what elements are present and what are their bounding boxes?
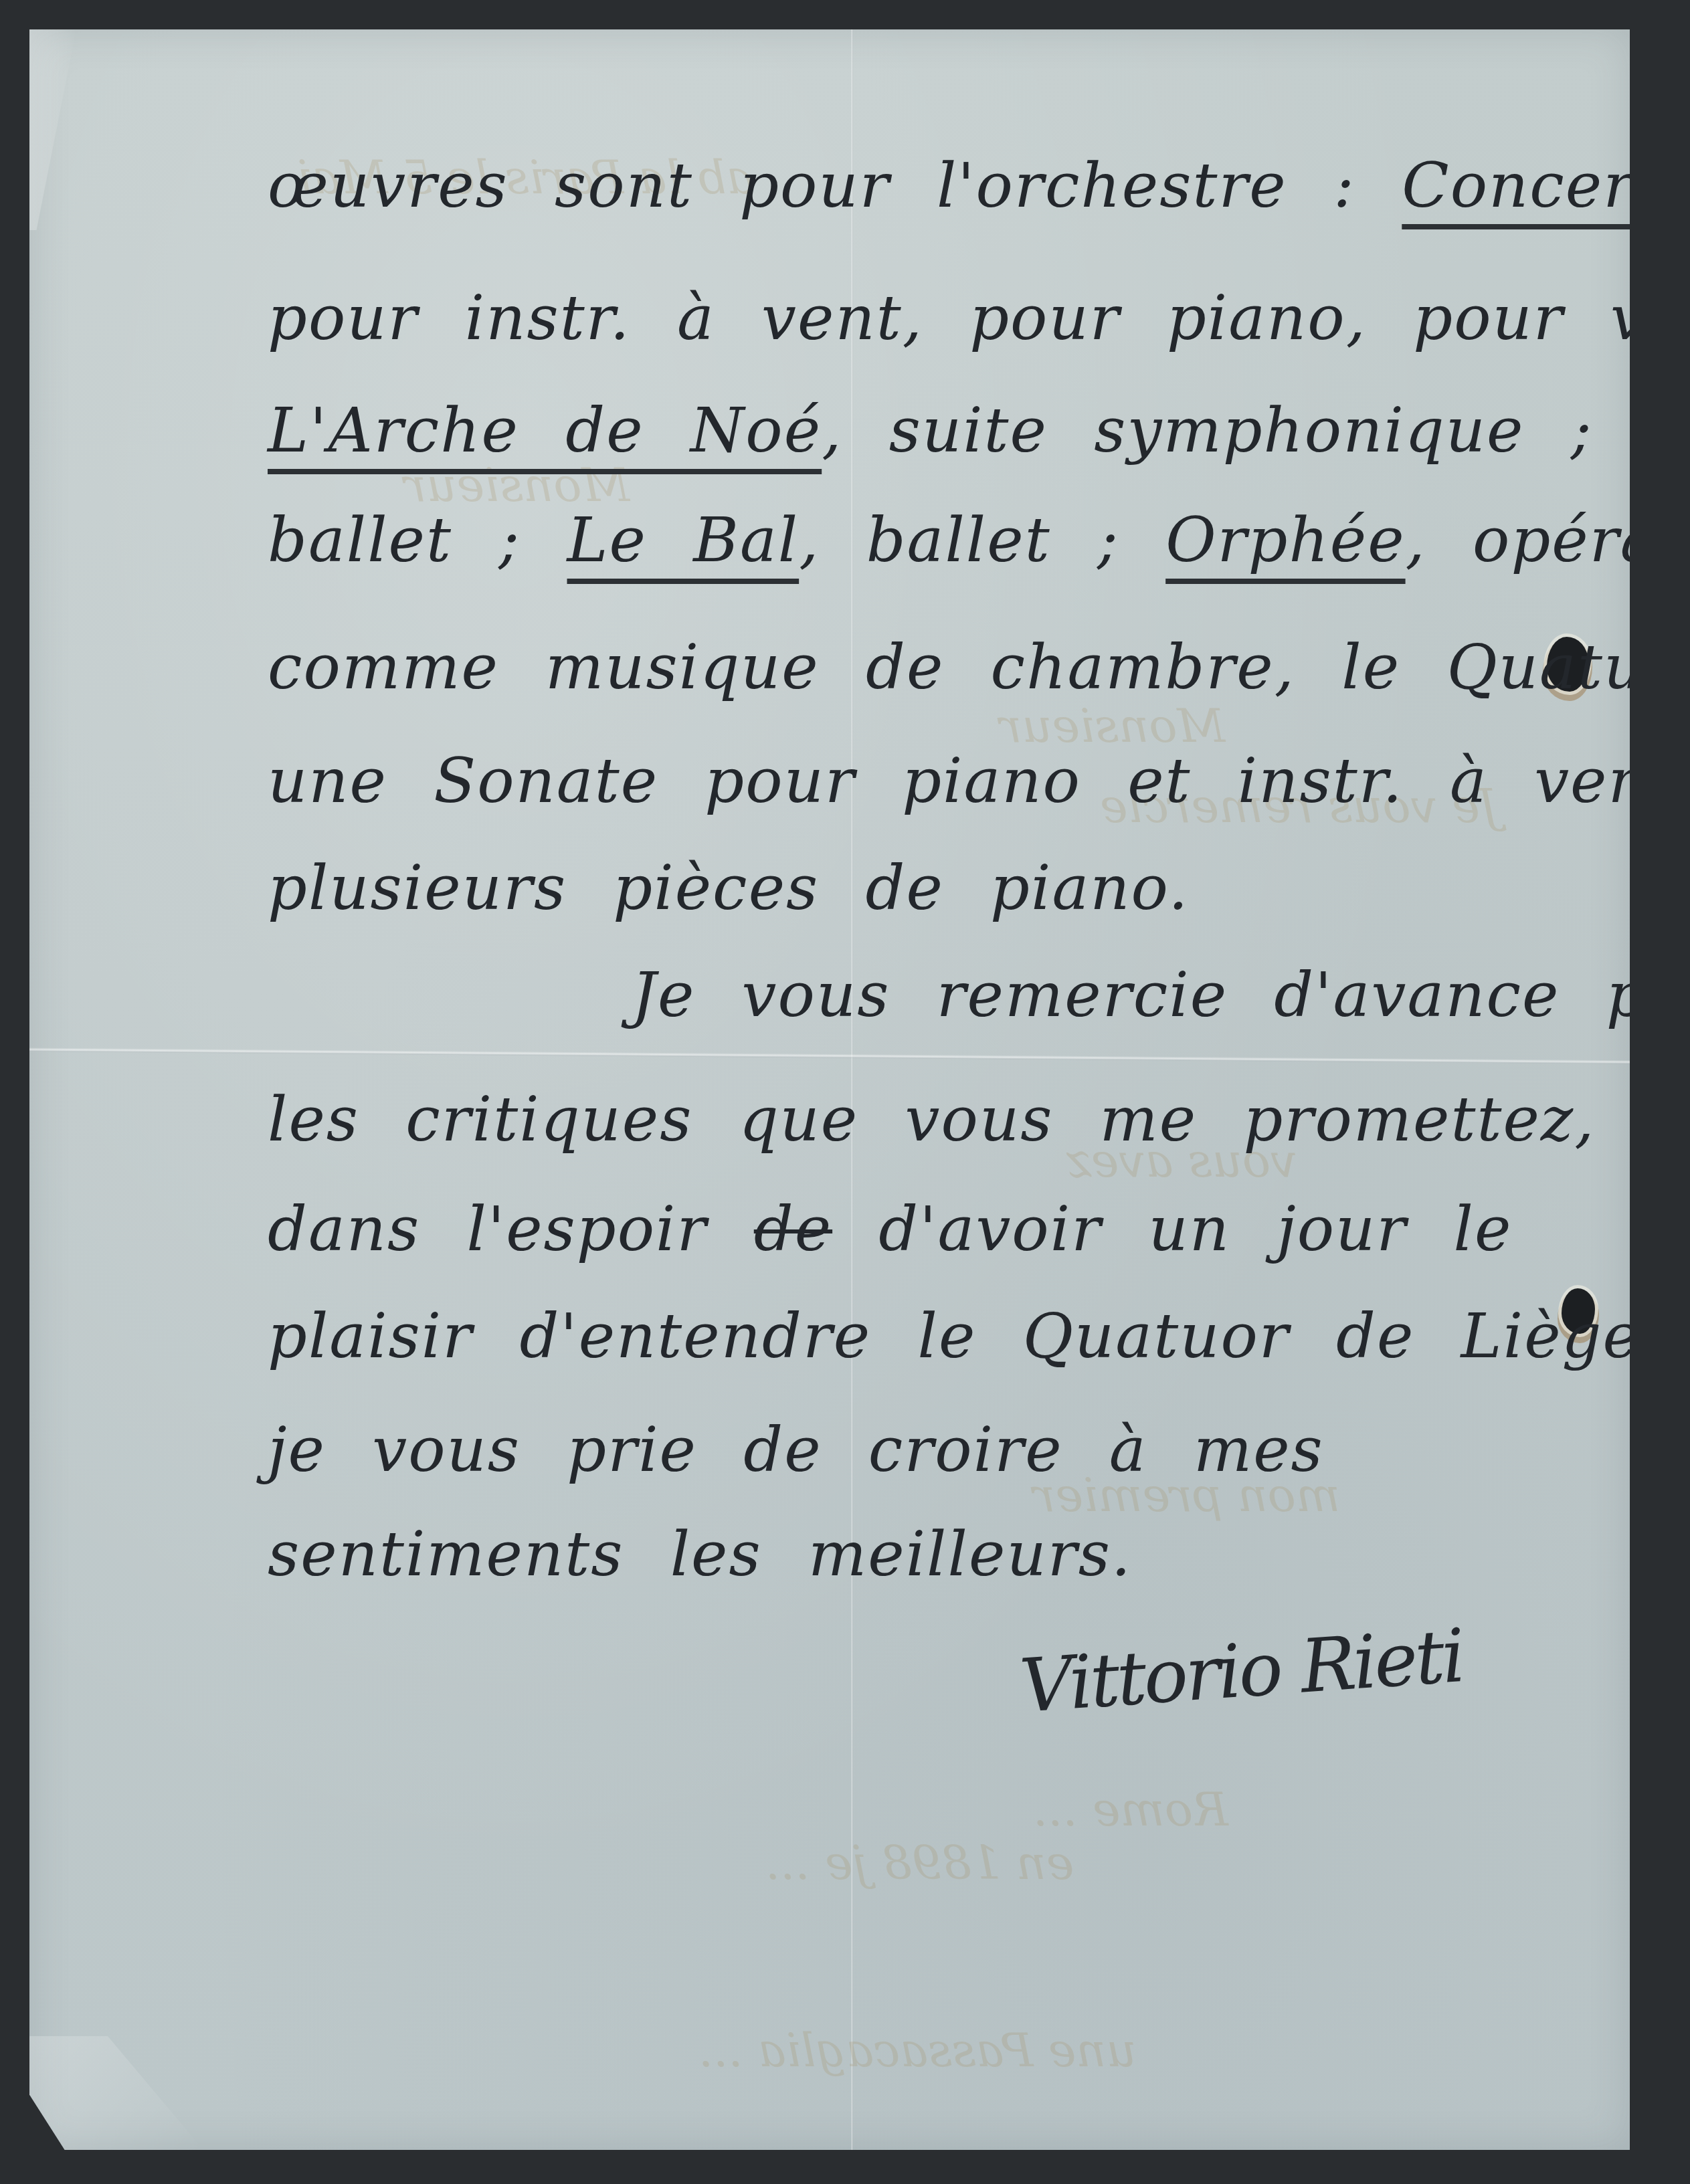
text-segment: sentiments les meilleurs. (268, 1518, 1132, 1590)
text-segment: , opéra ; (1406, 504, 1690, 576)
text-segment: les critiques que vous me promettez, et (268, 1084, 1690, 1155)
letter-line: une Sonate pour piano et instr. à vent, … (268, 745, 1690, 817)
bleed-through-mark: en 1898 je ... (765, 1835, 1074, 1890)
letter-paper: ab la Paris le 5 Mai Monsieur Monsieur J… (29, 29, 1630, 2150)
letter-line: dans l'espoir de d'avoir un jour le (268, 1193, 1512, 1265)
text-segment: comme musique de chambre, le Quatuor, (268, 631, 1690, 703)
text-segment: ballet ; (268, 504, 567, 576)
letter-line: Je vous remercie d'avance pour (632, 959, 1690, 1031)
text-segment: plusieurs pièces de piano. (268, 852, 1190, 924)
signature: Vittorio Rieti (1017, 1613, 1465, 1729)
folded-corner-bottom-left (29, 2036, 203, 2150)
text-segment: pour instr. à vent, pour piano, pour vio… (268, 282, 1690, 354)
work-title-concertos: Concertos (1402, 150, 1690, 221)
text-segment: une Sonate pour piano et instr. à vent, … (268, 745, 1690, 817)
work-title-le-bal: Le Bal (567, 504, 800, 576)
letter-line: œuvres sont pour l'orchestre : Concertos (268, 150, 1690, 221)
text-segment: dans l'espoir (268, 1193, 754, 1265)
letter-line: je vous prie de croire à mes (268, 1414, 1324, 1486)
text-segment: d'avoir un jour le (832, 1193, 1512, 1265)
letter-line: comme musique de chambre, le Quatuor, (268, 631, 1690, 703)
text-segment: , suite symphonique ; (822, 395, 1639, 466)
letter-line: plusieurs pièces de piano. (268, 852, 1190, 924)
letter-line: ballet ; Le Bal, ballet ; Orphée, opéra … (268, 504, 1690, 576)
letter-line: L'Arche de Noé, suite symphonique ; Bara… (268, 395, 1690, 466)
text-segment: plaisir d'entendre le Quatuor de Liège (268, 1300, 1640, 1372)
work-title-barabau: Barabau (1639, 395, 1690, 466)
text-segment: , ballet ; (799, 504, 1165, 576)
bleed-through-mark: Rome ... (1033, 1782, 1228, 1837)
letter-line: sentiments les meilleurs. (268, 1518, 1132, 1590)
letter-line: plaisir d'entendre le Quatuor de Liège (268, 1300, 1640, 1372)
horizontal-fold-crease (29, 1048, 1630, 1064)
letter-line: les critiques que vous me promettez, et (268, 1084, 1690, 1155)
bleed-through-mark: une Passacaglia ... (698, 2023, 1136, 2078)
letter-line: pour instr. à vent, pour piano, pour vio… (268, 282, 1690, 354)
text-segment: œuvres sont pour l'orchestre : (268, 150, 1402, 221)
work-title-arche-de-noe: L'Arche de Noé (268, 395, 822, 466)
work-title-orphee: Orphée (1165, 504, 1405, 576)
struck-out-word: de (754, 1193, 832, 1265)
text-segment: Je vous remercie d'avance pour (632, 959, 1690, 1031)
text-segment: je vous prie de croire à mes (268, 1414, 1324, 1486)
folded-corner-top-left (29, 29, 76, 230)
